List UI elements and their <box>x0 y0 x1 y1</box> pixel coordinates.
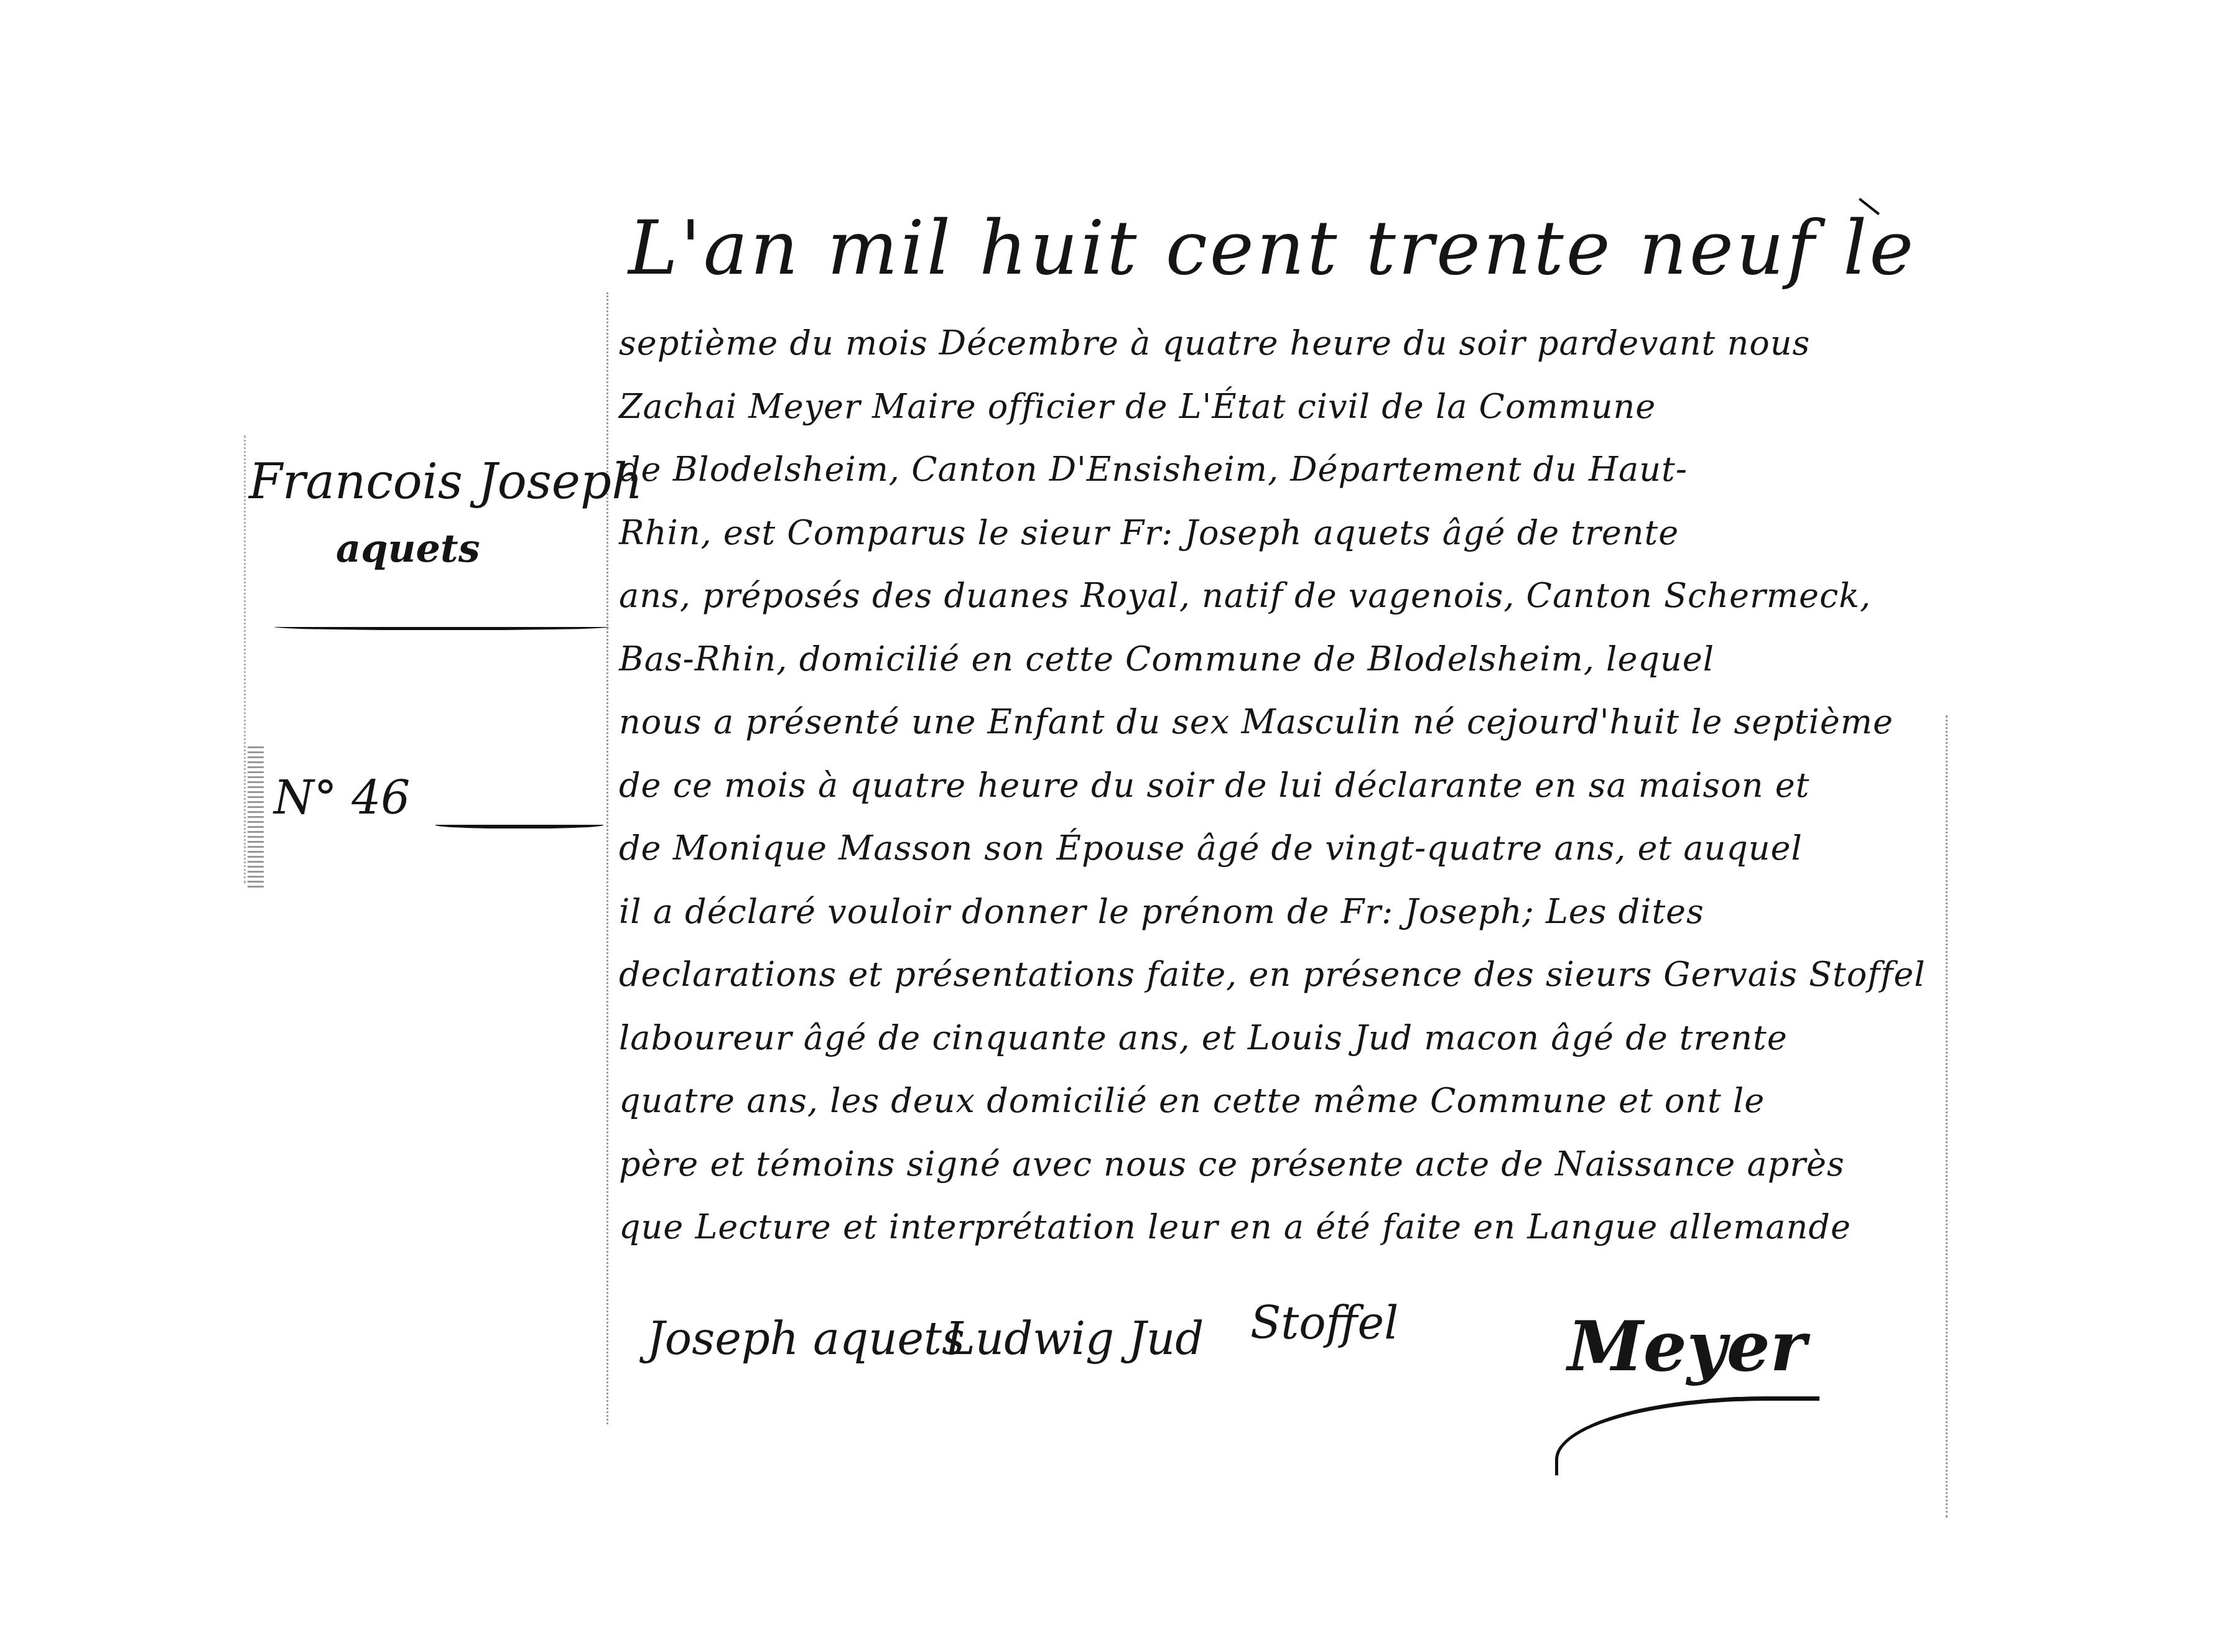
record-line: laboureur âgé de cinquante ans, et Louis… <box>619 1018 1788 1057</box>
scanned-page: Francois Joseph aquets N° 46 L'an mil hu… <box>0 0 2225 1652</box>
record-number: N° 46 <box>274 771 410 825</box>
record-heading: L'an mil huit cent trente neuf le <box>628 205 1916 292</box>
record-line: Zachai Meyer Maire officier de L'État ci… <box>619 387 1656 426</box>
margin-given-name: Francois Joseph <box>249 454 643 510</box>
signature-witness-stoffel: Stoffel <box>1250 1297 1398 1349</box>
right-edge-rule <box>1946 715 1948 1518</box>
record-line: que Lecture et interprétation leur en a … <box>619 1207 1851 1246</box>
record-number-flourish <box>435 820 603 828</box>
record-line: septième du mois Décembre à quatre heure… <box>619 323 1810 363</box>
record-line: Bas-Rhin, domicilié en cette Commune de … <box>619 639 1714 679</box>
signature-father: Joseph aquets <box>647 1312 965 1365</box>
margin-surname: aquets <box>336 526 480 571</box>
signature-mayor: Meyer <box>1568 1306 1806 1386</box>
mayor-signature-flourish <box>1555 1396 1819 1475</box>
signature-witness-jud: Ludwig Jud <box>945 1312 1204 1365</box>
record-line: père et témoins signé avec nous ce prése… <box>619 1144 1845 1184</box>
record-line: il a déclaré vouloir donner le prénom de… <box>619 892 1704 931</box>
record-line: de ce mois à quatre heure du soir de lui… <box>619 766 1809 805</box>
record-line: de Blodelsheim, Canton D'Ensisheim, Dépa… <box>619 450 1688 489</box>
record-line: declarations et présentations faite, en … <box>619 955 1925 994</box>
margin-flourish <box>274 622 610 630</box>
record-line: Rhin, est Comparus le sieur Fr: Joseph a… <box>619 513 1679 552</box>
left-edge-rule <box>244 435 246 883</box>
record-line: ans, préposés des duanes Royal, natif de… <box>619 576 1871 615</box>
record-line: nous a présenté une Enfant du sex Mascul… <box>619 702 1893 741</box>
record-line: de Monique Masson son Épouse âgé de ving… <box>619 828 1803 868</box>
record-line: quatre ans, les deux domicilié en cette … <box>619 1081 1765 1120</box>
scan-edge-noise <box>248 746 264 889</box>
